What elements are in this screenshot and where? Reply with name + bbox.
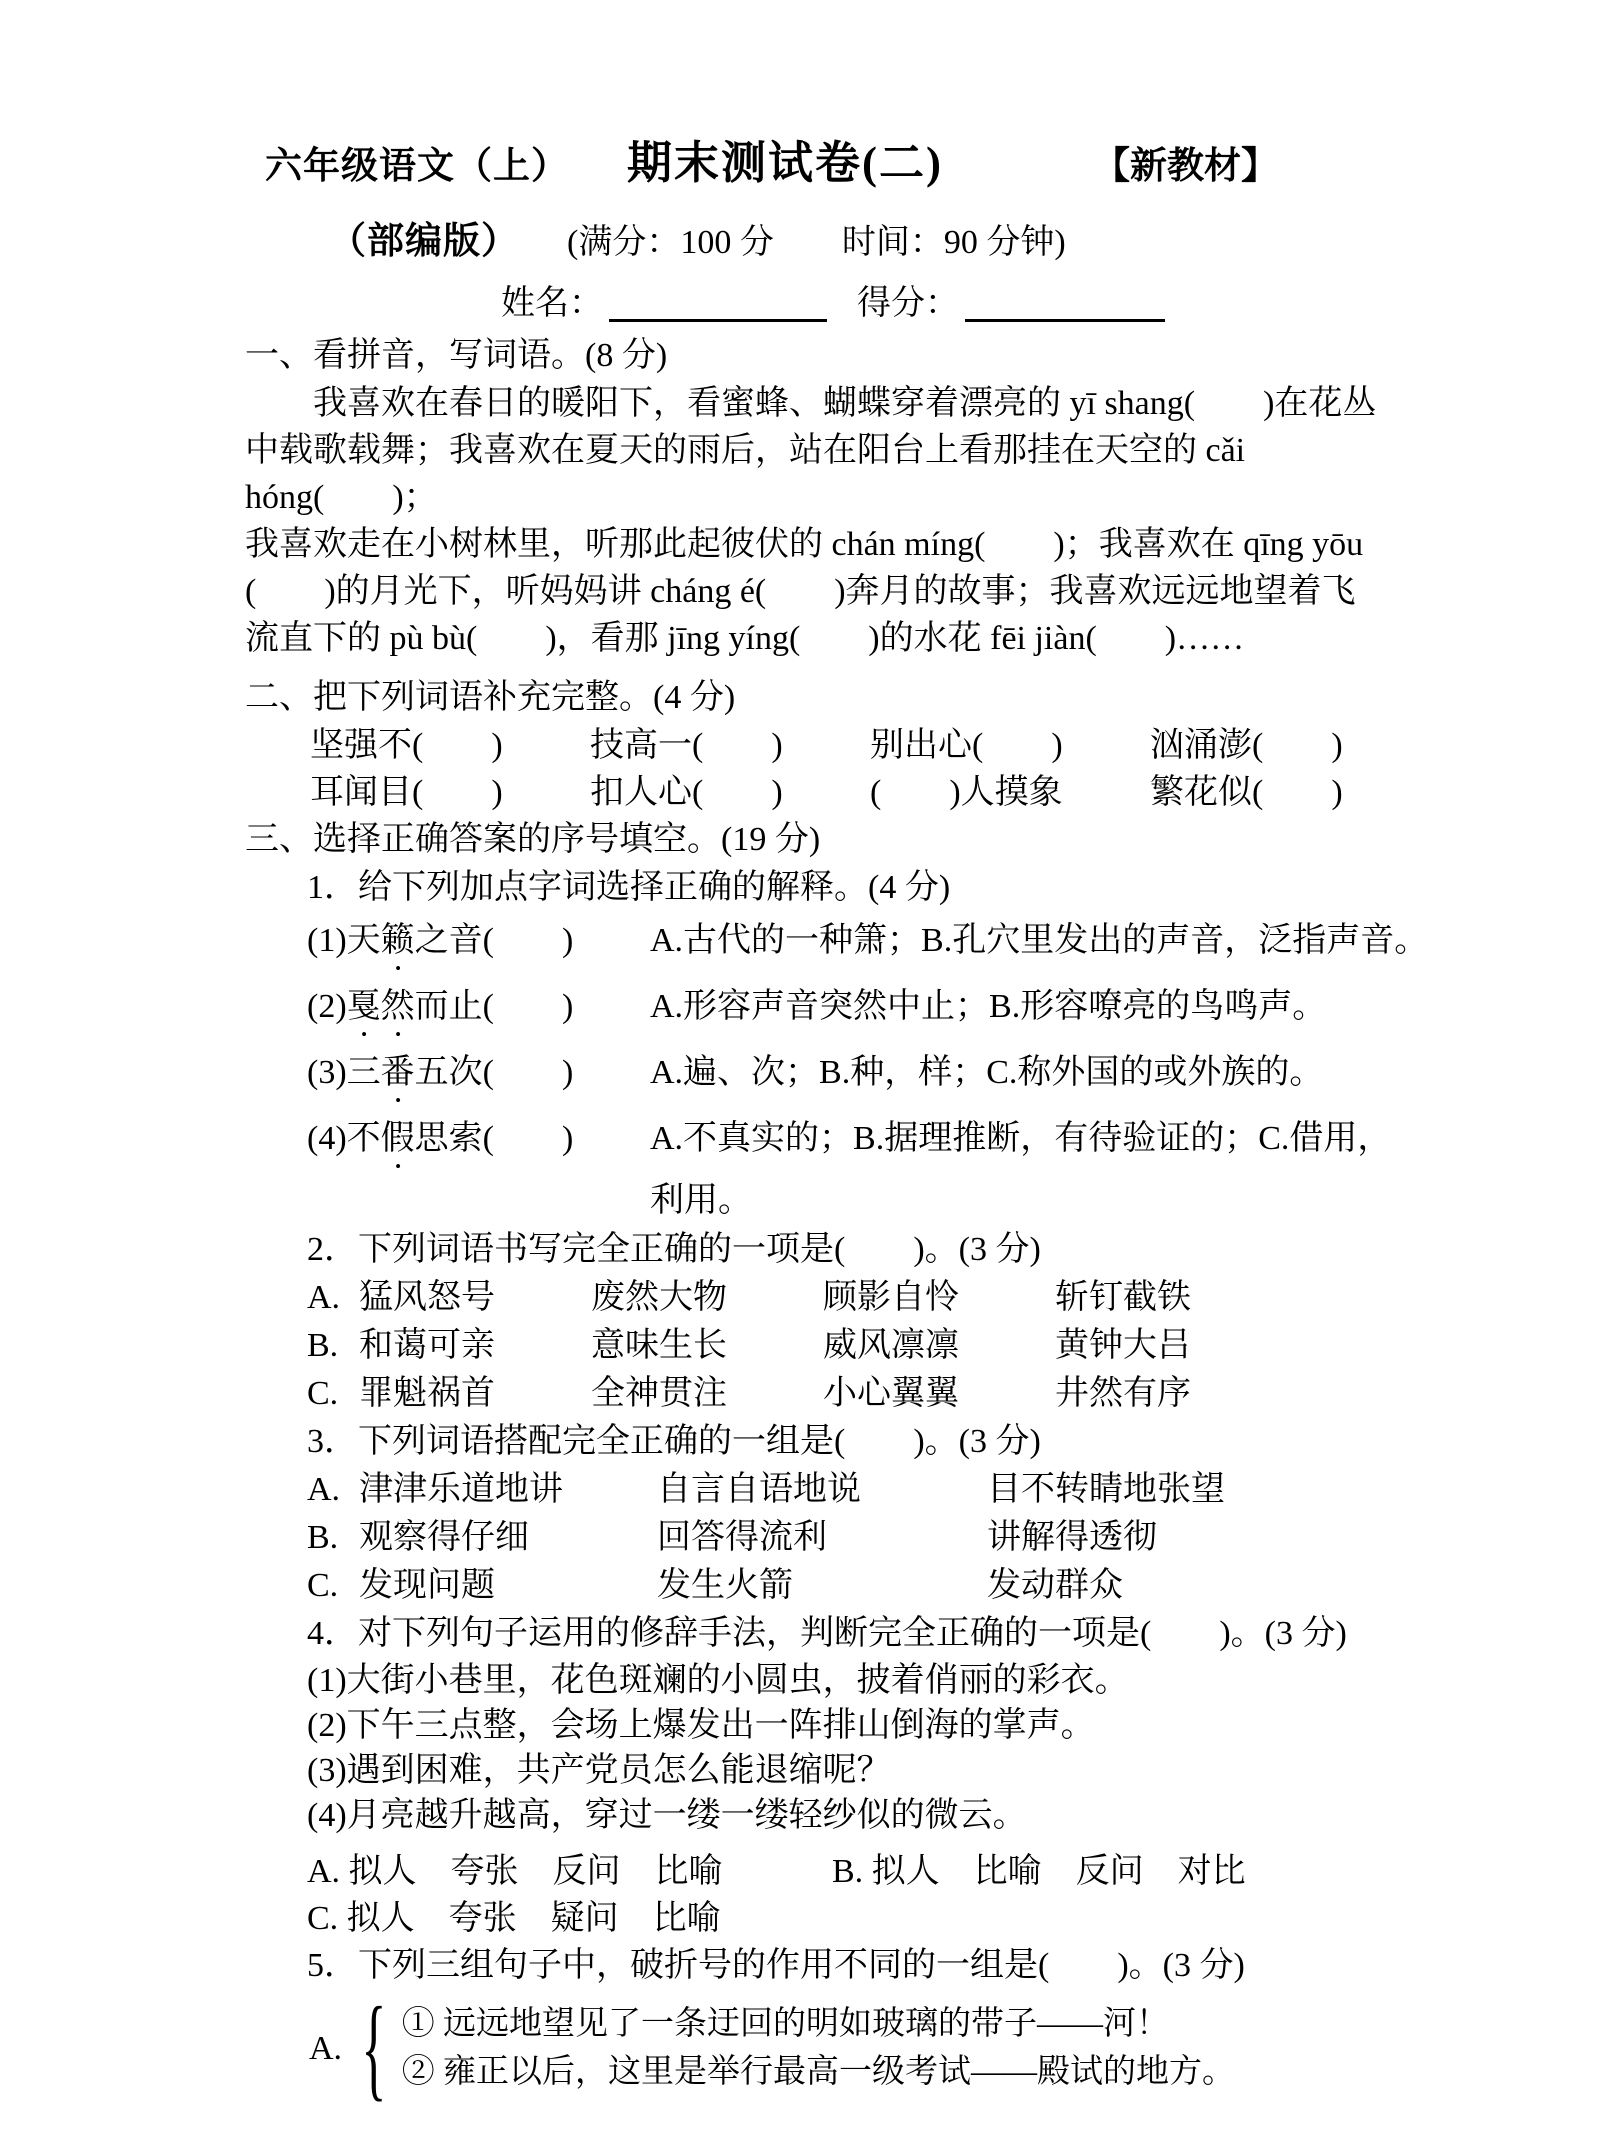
- exam-paper-page: 六年级语文（上） 期末测试卷(二) 【新教材】 （部编版） (满分：100 分 …: [0, 0, 1600, 2133]
- question-2-heading: 2．下列词语书写完全正确的一项是( )。(3 分): [307, 1226, 1430, 1274]
- page-content: 六年级语文（上） 期末测试卷(二) 【新教材】 （部编版） (满分：100 分 …: [0, 0, 1600, 2098]
- fill-blank-item: ( )人摸象: [870, 769, 1150, 816]
- option-phrase: 讲解得透彻: [987, 1514, 1430, 1562]
- option-label: A.: [307, 1274, 359, 1322]
- option-word: 斩钉截铁: [1055, 1274, 1430, 1322]
- q4-option-a: A. 拟人 夸张 反问 比喻: [307, 1848, 832, 1895]
- option-word: 小心翼翼: [823, 1370, 1055, 1418]
- q1-dotted-char: 籁: [381, 922, 415, 959]
- fill-blank-item: 耳闻目( ): [310, 769, 590, 816]
- fill-blank-item: 扣人心( ): [590, 769, 870, 816]
- option-phrase: 发动群众: [987, 1562, 1430, 1610]
- question-3-heading: 3．下列词语搭配完全正确的一组是( )。(3 分): [307, 1418, 1430, 1466]
- q1-item-word: (3)三番五次( ): [307, 1044, 650, 1110]
- q4-option-c: C. 拟人 夸张 疑问 比喻: [307, 1895, 1430, 1942]
- q4-option-b: B. 拟人 比喻 反问 对比: [832, 1853, 1246, 1890]
- q2-option-row: B. 和蔼可亲 意味生长 威风凛凛 黄钟大吕: [307, 1322, 1430, 1370]
- option-phrase: 目不转睛地张望: [987, 1466, 1430, 1514]
- option-phrase: 自言自语地说: [657, 1466, 987, 1514]
- q1-word-post: 而止( ): [415, 988, 574, 1025]
- curly-brace-icon: {: [361, 1998, 386, 2098]
- pinyin-paragraph-line: 我喜欢走在小树林里，听那此起彼伏的 chán míng( )；我喜欢在 qīng…: [245, 521, 1430, 568]
- option-word: 黄钟大吕: [1055, 1322, 1430, 1370]
- fill-blank-item: 繁花似( ): [1150, 769, 1430, 816]
- q1-word-post: 思索( ): [415, 1120, 574, 1157]
- q1-item-word: (1)天籁之音( ): [307, 912, 650, 978]
- q1-dotted-char: 戛然: [347, 988, 415, 1025]
- q1-item-row: (4)不假思索( ) A.不真实的；B.据理推断，有待验证的；C.借用，: [307, 1110, 1430, 1176]
- fill-blank-item: 汹涌澎( ): [1150, 722, 1430, 769]
- option-phrase: 津津乐道地讲: [359, 1466, 657, 1514]
- fill-blank-row: 耳闻目( ) 扣人心( ) ( )人摸象 繁花似( ): [310, 769, 1430, 816]
- option-word: 猛风怒号: [359, 1274, 591, 1322]
- option-phrase: 观察得仔细: [359, 1514, 657, 1562]
- pinyin-paragraph-line: ( )的月光下，听妈妈讲 cháng é( )奔月的故事；我喜欢远远地望着飞: [245, 568, 1430, 615]
- q1-word-pre: (4)不: [307, 1120, 381, 1157]
- fill-blank-item: 坚强不( ): [310, 722, 590, 769]
- q1-word-pre: (2): [307, 988, 347, 1025]
- question-1-heading: 1．给下列加点字词选择正确的解释。(4 分): [307, 864, 1430, 912]
- q1-item-word: (4)不假思索( ): [307, 1110, 650, 1176]
- option-label: C.: [307, 1562, 359, 1610]
- option-word: 和蔼可亲: [359, 1322, 591, 1370]
- q1-dotted-char: 假: [381, 1120, 415, 1157]
- option-word: 意味生长: [591, 1322, 823, 1370]
- q1-item-options: A.遍、次；B.种，样；C.称外国的或外族的。: [650, 1044, 1430, 1110]
- fill-blank-item: 别出心( ): [870, 722, 1150, 769]
- q5-sentence: ② 雍正以后，这里是举行最高一级考试——殿试的地方。: [402, 2048, 1235, 2096]
- q4-sentence: (2)下午三点整，会场上爆发出一阵排山倒海的掌声。: [307, 1703, 1430, 1748]
- section-2-heading: 二、把下列词语补充完整。(4 分): [245, 674, 1430, 722]
- q4-sentence: (4)月亮越升越高，穿过一缕一缕轻纱似的微云。: [307, 1793, 1430, 1838]
- q4-sentence: (3)遇到困难，共产党员怎么能退缩呢？: [307, 1748, 1430, 1793]
- q2-option-row: A. 猛风怒号 废然大物 顾影自怜 斩钉截铁: [307, 1274, 1430, 1322]
- q4-options-line-1: A. 拟人 夸张 反问 比喻B. 拟人 比喻 反问 对比: [307, 1848, 1430, 1895]
- q2-option-row: C. 罪魁祸首 全神贯注 小心翼翼 井然有序: [307, 1370, 1430, 1418]
- option-phrase: 回答得流利: [657, 1514, 987, 1562]
- pinyin-paragraph-line: 流直下的 pù bù( )，看那 jīng yíng( )的水花 fēi jià…: [245, 615, 1430, 662]
- q1-item-row: (3)三番五次( ) A.遍、次；B.种，样；C.称外国的或外族的。: [307, 1044, 1430, 1110]
- option-word: 全神贯注: [591, 1370, 823, 1418]
- fill-blank-row: 坚强不( ) 技高一( ) 别出心( ) 汹涌澎( ): [310, 722, 1430, 769]
- question-5-heading: 5．下列三组句子中，破折号的作用不同的一组是( )。(3 分): [307, 1942, 1430, 1990]
- q1-options-continuation: 利用。: [650, 1176, 1430, 1226]
- exam-course-title: 六年级语文（上）: [265, 143, 569, 190]
- option-phrase: 发现问题: [359, 1562, 657, 1610]
- q1-word-pre: (1)天: [307, 922, 381, 959]
- option-label: A.: [307, 1466, 359, 1514]
- question-4-heading: 4．对下列句子运用的修辞手法，判断完全正确的一项是( )。(3 分): [307, 1610, 1430, 1658]
- score-time-info: (满分：100 分 时间：90 分钟): [567, 219, 1066, 266]
- new-textbook-tag: 【新教材】: [1093, 143, 1278, 190]
- q1-item-options: A.不真实的；B.据理推断，有待验证的；C.借用，: [650, 1110, 1430, 1176]
- pinyin-paragraph: 我喜欢在春日的暖阳下，看蜜蜂、蝴蝶穿着漂亮的 yī shang( )在花丛 中载…: [245, 380, 1430, 662]
- header-row-2: （部编版） (满分：100 分 时间：90 分钟): [245, 218, 1430, 276]
- q5-sentence: ① 远远地望见了一条迂回的明如玻璃的带子——河！: [402, 2000, 1235, 2048]
- name-blank-line: [609, 283, 827, 322]
- q5-group-a: A. { ① 远远地望见了一条迂回的明如玻璃的带子——河！ ② 雍正以后，这里是…: [309, 1998, 1430, 2098]
- option-label: B.: [307, 1322, 359, 1370]
- q1-item-options: A.形容声音突然中止；B.形容嘹亮的鸟鸣声。: [650, 978, 1430, 1044]
- q3-option-row: A. 津津乐道地讲 自言自语地说 目不转睛地张望: [307, 1466, 1430, 1514]
- q4-sentence: (1)大街小巷里，花色斑斓的小圆虫，披着俏丽的彩衣。: [307, 1658, 1430, 1703]
- exam-edition: （部编版）: [329, 218, 519, 265]
- header-row-3: 姓名：得分：: [245, 280, 1430, 332]
- fill-blank-item: 技高一( ): [590, 722, 870, 769]
- pinyin-paragraph-line: 中载歌载舞；我喜欢在夏天的雨后，站在阳台上看那挂在天空的 cǎi hóng( )…: [245, 427, 1430, 521]
- option-label: C.: [307, 1370, 359, 1418]
- score-blank-line: [965, 283, 1165, 322]
- q5-sentence-group: ① 远远地望见了一条迂回的明如玻璃的带子——河！ ② 雍正以后，这里是举行最高一…: [402, 2000, 1235, 2096]
- option-word: 威风凛凛: [823, 1322, 1055, 1370]
- q1-item-word: (2)戛然而止( ): [307, 978, 650, 1044]
- option-label: B.: [307, 1514, 359, 1562]
- exam-title: 期末测试卷(二): [627, 140, 943, 187]
- option-word: 废然大物: [591, 1274, 823, 1322]
- pinyin-paragraph-line: 我喜欢在春日的暖阳下，看蜜蜂、蝴蝶穿着漂亮的 yī shang( )在花丛: [245, 380, 1430, 427]
- option-phrase: 发生火箭: [657, 1562, 987, 1610]
- q1-word-post: 之音( ): [415, 922, 574, 959]
- q1-word-post: 五次( ): [415, 1054, 574, 1091]
- score-field-label: 得分：: [857, 285, 959, 322]
- name-field-label: 姓名：: [501, 285, 603, 322]
- section-1-heading: 一、看拼音，写词语。(8 分): [245, 332, 1430, 380]
- q1-item-row: (2)戛然而止( ) A.形容声音突然中止；B.形容嘹亮的鸟鸣声。: [307, 978, 1430, 1044]
- option-word: 罪魁祸首: [359, 1370, 591, 1418]
- q1-word-pre: (3)三: [307, 1054, 381, 1091]
- section-3-heading: 三、选择正确答案的序号填空。(19 分): [245, 816, 1430, 864]
- option-word: 井然有序: [1055, 1370, 1430, 1418]
- q1-dotted-char: 番: [381, 1054, 415, 1091]
- q1-item-options: A.古代的一种箫；B.孔穴里发出的声音，泛指声音。: [650, 912, 1430, 978]
- q3-option-row: C. 发现问题 发生火箭 发动群众: [307, 1562, 1430, 1610]
- q3-option-row: B. 观察得仔细 回答得流利 讲解得透彻: [307, 1514, 1430, 1562]
- q1-item-row: (1)天籁之音( ) A.古代的一种箫；B.孔穴里发出的声音，泛指声音。: [307, 912, 1430, 978]
- q5-group-label: A.: [309, 2025, 342, 2072]
- option-word: 顾影自怜: [823, 1274, 1055, 1322]
- header-row-1: 六年级语文（上） 期末测试卷(二) 【新教材】: [245, 140, 1430, 204]
